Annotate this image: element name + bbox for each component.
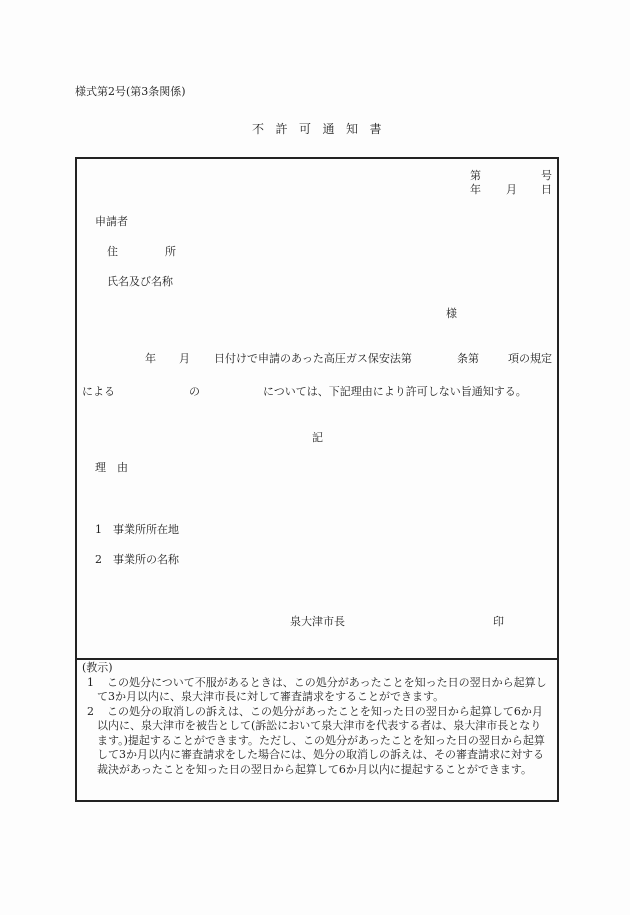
- instruction-2-text: この処分の取消しの訴えは、この処分があったことを知った日の翌日から起算して6か月…: [97, 705, 545, 776]
- item-1-label: 事業所所在地: [113, 523, 179, 536]
- date-year: 年: [470, 183, 481, 196]
- body-text-2b: については、下記理由により許可しない旨通知する。: [263, 385, 527, 398]
- body-year: 年: [145, 352, 156, 365]
- date-month: 月: [506, 183, 517, 196]
- seal-in: 印: [493, 615, 504, 628]
- date-day: 日: [541, 183, 552, 196]
- instruction-2-num: 2: [92, 705, 107, 720]
- honorific-sama: 様: [446, 307, 457, 320]
- body-text-1a: 日付けで申請のあった高圧ガス保安法第: [214, 352, 412, 365]
- instructions-heading: (教示): [82, 661, 552, 676]
- issuer-mayor: 泉大津市長: [290, 615, 345, 628]
- number-dai: 第: [470, 169, 481, 182]
- reason-label-2: 由: [117, 461, 128, 474]
- ki-marker: 記: [312, 431, 323, 444]
- applicant-heading: 申請者: [95, 215, 128, 228]
- body-article: 条第: [457, 352, 479, 365]
- notice-form-box: 第 号 年 月 日 申請者 住 所 氏名及び名称 様 年 月 日付けで申請のあっ…: [75, 157, 559, 802]
- body-month: 月: [179, 352, 190, 365]
- body-text-1b: 項の規定: [508, 352, 552, 365]
- address-label-2: 所: [165, 245, 176, 258]
- document-title: 不許可通知書: [252, 122, 393, 136]
- item-2-num: 2: [95, 553, 102, 566]
- item-1-num: 1: [95, 523, 102, 536]
- instruction-1-text: この処分について不服があるときは、この処分があったことを知った日の翌日から起算し…: [97, 676, 547, 704]
- instruction-item-1: 1この処分について不服があるときは、この処分があったことを知った日の翌日から起算…: [82, 676, 552, 705]
- address-label-1: 住: [107, 245, 118, 258]
- name-label: 氏名及び名称: [107, 275, 173, 288]
- section-divider: [77, 658, 557, 660]
- item-2-label: 事業所の名称: [113, 553, 179, 566]
- form-number: 様式第2号(第3条関係): [75, 85, 186, 98]
- body-text-2a: による: [82, 385, 115, 398]
- instructions-section: (教示) 1この処分について不服があるときは、この処分があったことを知った日の翌…: [82, 661, 552, 777]
- body-no: の: [189, 385, 200, 398]
- instruction-item-2: 2この処分の取消しの訴えは、この処分があったことを知った日の翌日から起算して6か…: [82, 705, 552, 778]
- instruction-1-num: 1: [92, 676, 107, 691]
- reason-label-1: 理: [95, 461, 106, 474]
- number-gou: 号: [541, 169, 552, 182]
